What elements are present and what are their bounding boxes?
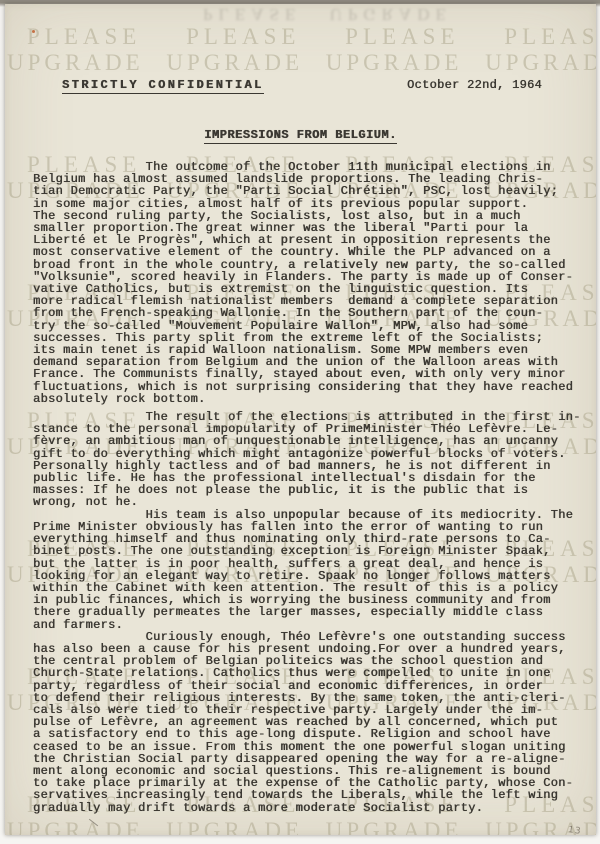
classification-label: STRICTLY CONFIDENTIAL: [62, 78, 264, 94]
body-line: Church-State relations. Catholics thus w…: [33, 667, 596, 679]
body-line: binet posts. The one outstanding excepti…: [33, 545, 596, 557]
body-line: but the latter is in poor health, suffer…: [33, 558, 596, 570]
body-line: in some major cities, almost half of its…: [33, 198, 596, 210]
body-line: wrong, not he.: [33, 496, 596, 508]
body-line: party, regardless of their social and ec…: [33, 680, 596, 692]
paper-page: PLEASE PLEASE PLEASE PLEASE PLEASEUPGRAD…: [5, 4, 596, 835]
watermark-row: UPGRADE UPGRADE UPGRADE UPGRADE UPGRADE: [5, 818, 596, 835]
watermark-row: PLEASE PLEASE PLEASE PLEASE PLEASE: [5, 24, 596, 50]
paragraph: His team is also unpopular because of it…: [33, 509, 596, 631]
body-line: from the French-speaking Wallonie. In th…: [33, 307, 596, 319]
body-line: broad front in the whole country, a rela…: [33, 259, 596, 271]
body-line: ceased to be an issue. From this moment …: [33, 741, 596, 753]
body-line: France. The Communists finally, stayed a…: [33, 368, 596, 380]
body-line: try the so-called "Mouvement Populaire W…: [33, 320, 596, 332]
document-body: The outcome of the October 11th municipa…: [33, 161, 596, 814]
body-line: tian Democratic Party, the "Parti Social…: [33, 185, 596, 197]
page-number: 13: [567, 825, 582, 835]
paragraph: Curiously enough, Théo Lefèvre's one out…: [33, 631, 596, 814]
body-line: there gradually permeates the larger mas…: [33, 606, 596, 618]
body-line: and farmers.: [33, 619, 596, 631]
paper-speck: [32, 30, 35, 33]
body-line: a satisfactory end to this age-long disp…: [33, 728, 596, 740]
paragraph: The outcome of the October 11th municipa…: [33, 161, 596, 405]
scanned-document-screenshot: { "colors": { "paper": "#e9e5d7", "ink":…: [0, 0, 600, 844]
paragraph: The result of the elections is attribute…: [33, 411, 596, 509]
body-line: most conservative element of the country…: [33, 246, 596, 258]
ink-offset-smudge: PLEASE UPGRADE: [203, 4, 452, 24]
body-line: servatives increasingly tend towards the…: [33, 789, 596, 801]
document-date: October 22nd, 1964: [407, 78, 542, 92]
watermark-row: UPGRADE UPGRADE UPGRADE UPGRADE UPGRADE: [5, 50, 596, 76]
body-line: absolutely rock bottom.: [33, 393, 596, 405]
document-title-text: IMPRESSIONS FROM BELGIUM.: [204, 128, 397, 144]
body-line: gradually may drift towards a more moder…: [33, 802, 596, 814]
document-title: IMPRESSIONS FROM BELGIUM.: [5, 125, 596, 144]
body-line: fèvre, an ambitious man of unquestionabl…: [33, 435, 596, 447]
